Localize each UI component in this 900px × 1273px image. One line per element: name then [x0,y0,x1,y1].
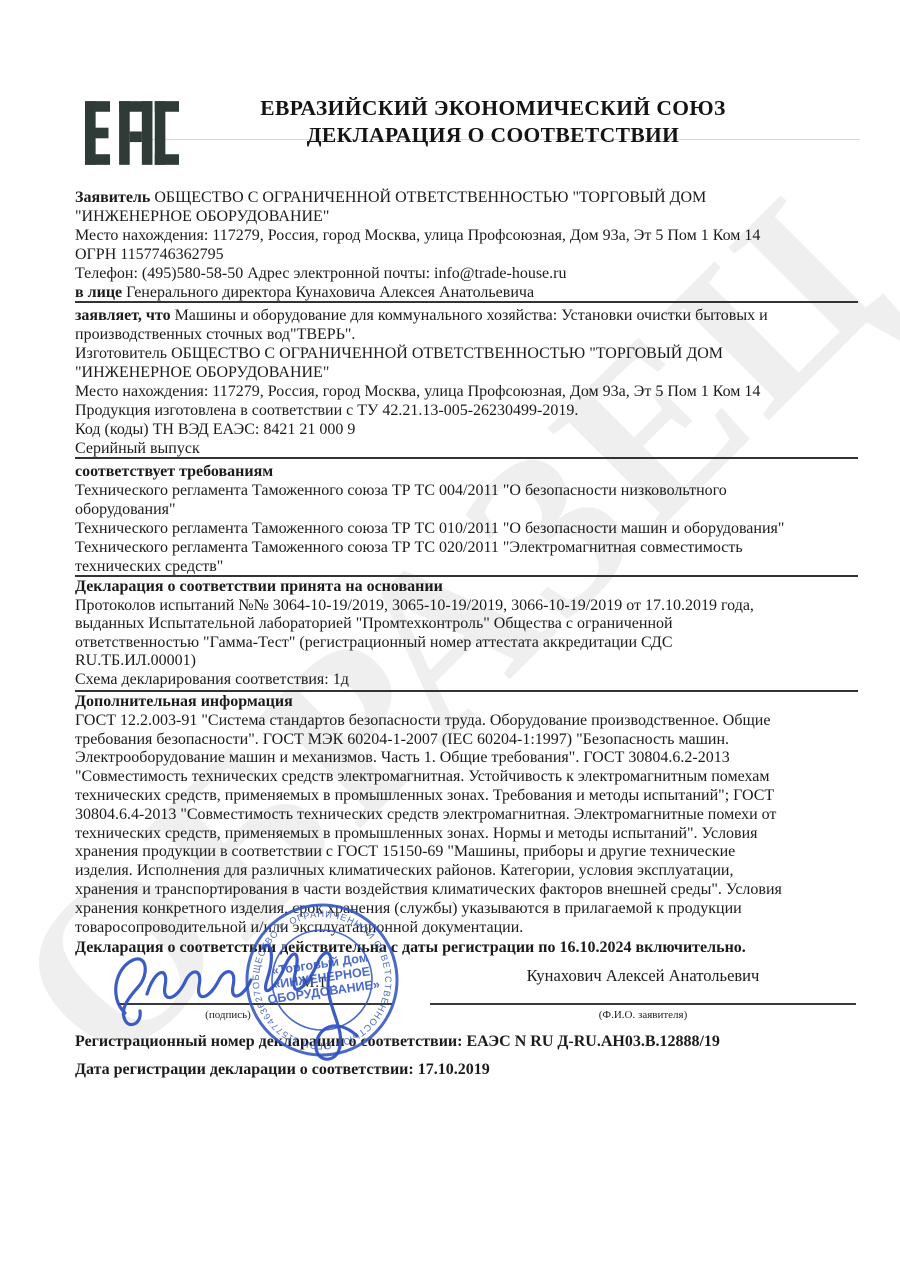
requirement-line: Технического регламента Таможенного союз… [75,538,858,557]
applicant-line: "ИНЖЕНЕРНОЕ ОБОРУДОВАНИЕ" [75,207,858,226]
basis-section: Декларация о соответствии принята на осн… [75,578,858,689]
product-tnved: Код (коды) ТН ВЭД ЕАЭС: 8421 21 000 9 [75,420,858,439]
title-declaration: ДЕКЛАРАЦИЯ О СООТВЕТСТВИИ [130,122,856,149]
section-divider [75,575,858,577]
requirement-line: оборудования" [75,500,858,519]
applicant-line: Заявитель ОБЩЕСТВО С ОГРАНИЧЕННОЙ ОТВЕТС… [75,188,858,207]
additional-line: 30804.6.4-2013 "Совместимость технически… [75,806,858,825]
fio-caption: (Ф.И.О. заявителя) [430,1009,856,1021]
section-divider [75,690,858,692]
requirements-label: соответствует требованиям [75,462,858,481]
declares-label: заявляет, что [75,307,171,324]
additional-line: "Совместимость технических средств элект… [75,768,858,787]
additional-line: хранения и транспортирования в части воз… [75,881,858,900]
section-divider [75,457,858,459]
basis-scheme: Схема декларирования соответствия: 1д [75,671,858,690]
requirement-line: технических средств" [75,557,858,576]
registration-number-value: ЕАЭС N RU Д-RU.АН03.В.12888/19 [466,1033,719,1050]
basis-label: Декларация о соответствии принята на осн… [75,578,858,597]
product-line: заявляет, что Машины и оборудование для … [75,306,858,325]
applicant-person: в лице Генерального директора Кунаховича… [75,283,858,302]
additional-line: изделия. Исполнения для различных климат… [75,862,858,881]
requirements-section: соответствует требованиям Технического р… [75,462,858,576]
section-divider [75,301,858,303]
basis-line: ответственностью "Гамма-Тест" (регистрац… [75,634,858,653]
additional-line: хранения продукции в соответствии с ГОСТ… [75,843,858,862]
applicant-ogrn: ОГРН 1157746362795 [75,245,858,264]
additional-info-section: Дополнительная информация ГОСТ 12.2.003-… [75,693,858,937]
basis-line: выданных Испытательной лабораторией "Про… [75,615,858,634]
applicant-fullname: Кунахович Алексей Анатольевич [430,966,856,986]
product-line: производственных сточных вод"ТВЕРЬ". [75,325,858,344]
declaration-document: ОБРАЗЕЦ ЕВРАЗИЙСКИЙ ЭКОНОМИЧЕСКИЙ СОЮЗ Д… [0,0,900,1273]
registration-date-value: 17.10.2019 [418,1061,490,1078]
basis-line: RU.ТБ.ИЛ.00001) [75,652,858,671]
basis-line: Протоколов испытаний №№ 3064-10-19/2019,… [75,597,858,616]
applicant-contacts: Телефон: (495)580-58-50 Адрес электронно… [75,264,858,283]
requirement-line: Технического регламента Таможенного союз… [75,519,858,538]
document-title: ЕВРАЗИЙСКИЙ ЭКОНОМИЧЕСКИЙ СОЮЗ ДЕКЛАРАЦИ… [130,95,856,149]
title-union: ЕВРАЗИЙСКИЙ ЭКОНОМИЧЕСКИЙ СОЮЗ [130,95,856,122]
product-tu: Продукция изготовлена в соответствии с Т… [75,401,858,420]
additional-line: требования безопасности". ГОСТ МЭК 60204… [75,731,858,750]
applicant-section: Заявитель ОБЩЕСТВО С ОГРАНИЧЕННОЙ ОТВЕТС… [75,188,858,302]
fio-line [430,1003,856,1005]
additional-line: ГОСТ 12.2.003-91 "Система стандартов без… [75,712,858,731]
product-serial: Серийный выпуск [75,439,858,458]
manufacturer-line: "ИНЖЕНЕРНОЕ ОБОРУДОВАНИЕ" [75,363,858,382]
applicant-label: Заявитель [75,189,150,206]
product-section: заявляет, что Машины и оборудование для … [75,306,858,458]
additional-label: Дополнительная информация [75,693,858,712]
requirement-line: Технического регламента Таможенного союз… [75,481,858,500]
additional-line: технических средств, применяемых в промы… [75,787,858,806]
handwritten-signature [95,928,375,1078]
additional-line: Электрооборудование машин и механизмов. … [75,749,858,768]
manufacturer-address: Место нахождения: 117279, Россия, город … [75,382,858,401]
applicant-address: Место нахождения: 117279, Россия, город … [75,226,858,245]
additional-line: хранения конкретного изделия, срок хране… [75,900,858,919]
manufacturer-line: Изготовитель ОБЩЕСТВО С ОГРАНИЧЕННОЙ ОТВ… [75,344,858,363]
additional-line: технических средств, применяемых в промы… [75,825,858,844]
